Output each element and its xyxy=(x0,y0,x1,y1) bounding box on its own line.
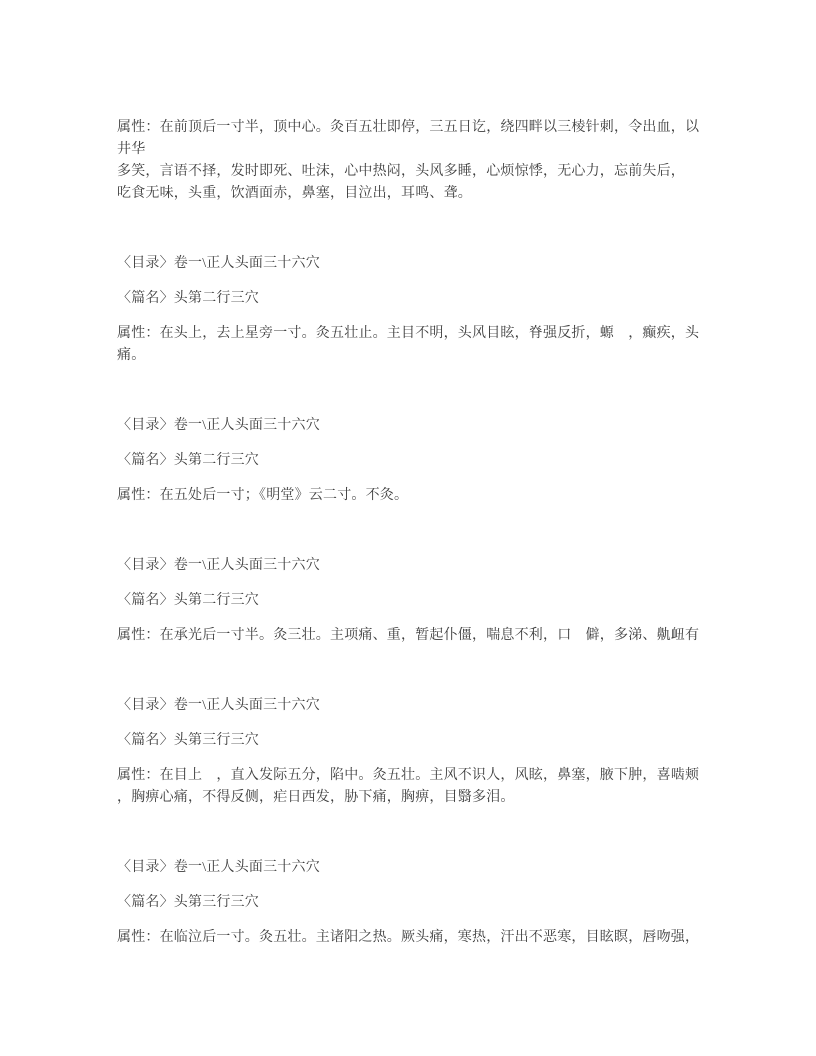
title-line: 〈篇名〉头第三行三穴 xyxy=(117,892,702,914)
attribute-paragraph-intro: 属性：在前顶后一寸半，顶中心。灸百五壮即停，三五日讫，绕四畔以三棱针刺，令出血，… xyxy=(117,117,702,205)
document-page: 属性：在前顶后一寸半，顶中心。灸百五壮即停，三五日讫，绕四畔以三棱针刺，令出血，… xyxy=(0,0,816,1056)
toc-line: 〈目录〉卷一\正人头面三十六穴 xyxy=(117,253,702,275)
toc-line: 〈目录〉卷一\正人头面三十六穴 xyxy=(117,695,702,717)
attribute-paragraph: 属性：在目上 ，直入发际五分，陷中。灸五壮。主风不识人，风眩，鼻塞，腋下肿，喜啮… xyxy=(117,765,702,809)
section-2: 〈目录〉卷一\正人头面三十六穴 〈篇名〉头第二行三穴 属性：在五处后一寸；《明堂… xyxy=(117,415,702,507)
toc-line: 〈目录〉卷一\正人头面三十六穴 xyxy=(117,857,702,879)
attribute-paragraph: 属性：在临泣后一寸。灸五壮。主诸阳之热。厥头痛，寒热，汗出不恶寒，目眩瞑，唇吻强… xyxy=(117,927,702,949)
attribute-paragraph: 属性：在承光后一寸半。灸三壮。主项痛、重，暂起仆僵，喘息不利，口 僻，多涕、鼽衄… xyxy=(117,625,702,647)
title-line: 〈篇名〉头第三行三穴 xyxy=(117,730,702,752)
title-line: 〈篇名〉头第二行三穴 xyxy=(117,590,702,612)
attribute-paragraph: 属性：在五处后一寸；《明堂》云二寸。不灸。 xyxy=(117,485,702,507)
section-3: 〈目录〉卷一\正人头面三十六穴 〈篇名〉头第二行三穴 属性：在承光后一寸半。灸三… xyxy=(117,555,702,647)
section-5: 〈目录〉卷一\正人头面三十六穴 〈篇名〉头第三行三穴 属性：在临泣后一寸。灸五壮… xyxy=(117,857,702,949)
attribute-paragraph: 属性：在头上，去上星旁一寸。灸五壮止。主目不明，头风目眩，脊强反折，螈 ，癫疾，… xyxy=(117,323,702,367)
toc-line: 〈目录〉卷一\正人头面三十六穴 xyxy=(117,415,702,437)
title-line: 〈篇名〉头第二行三穴 xyxy=(117,450,702,472)
document-content: 属性：在前顶后一寸半，顶中心。灸百五壮即停，三五日讫，绕四畔以三棱针刺，令出血，… xyxy=(117,117,702,949)
toc-line: 〈目录〉卷一\正人头面三十六穴 xyxy=(117,555,702,577)
section-4: 〈目录〉卷一\正人头面三十六穴 〈篇名〉头第三行三穴 属性：在目上 ，直入发际五… xyxy=(117,695,702,809)
section-1: 〈目录〉卷一\正人头面三十六穴 〈篇名〉头第二行三穴 属性：在头上，去上星旁一寸… xyxy=(117,253,702,367)
title-line: 〈篇名〉头第二行三穴 xyxy=(117,288,702,310)
